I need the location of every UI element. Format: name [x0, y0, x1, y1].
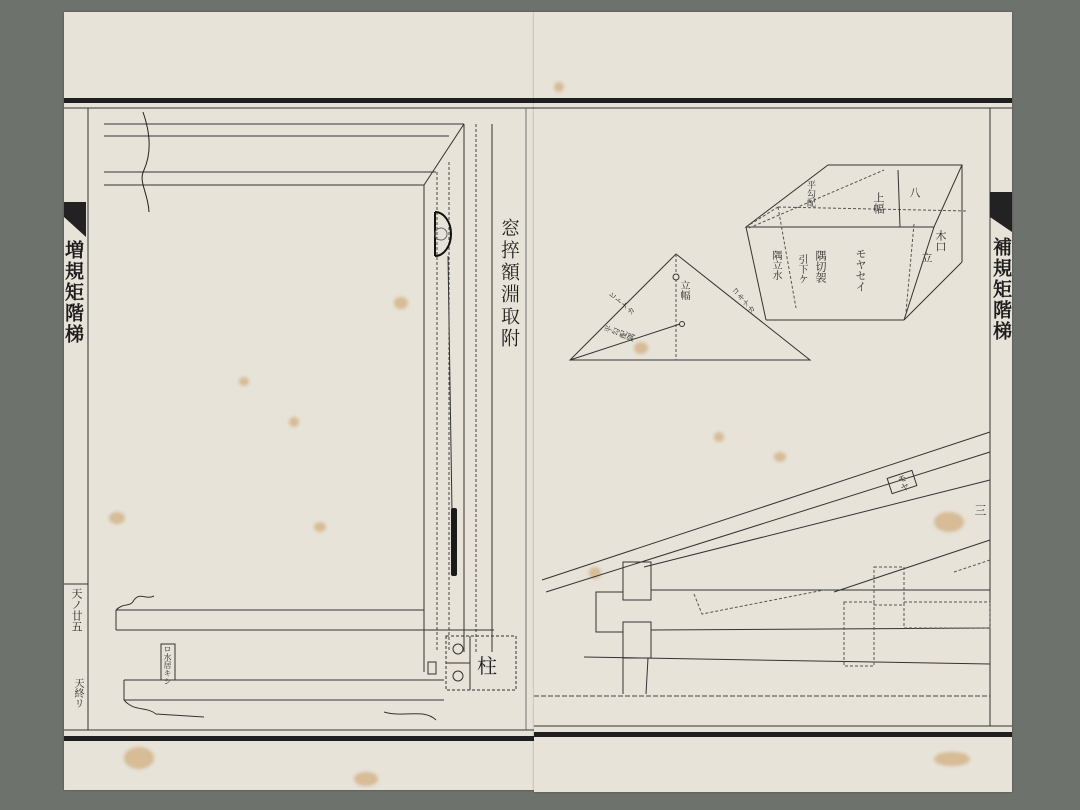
label-eight: 八	[906, 187, 922, 198]
label-triangle-center: 立幅	[676, 280, 691, 300]
label-wood-mouth: 木口	[932, 230, 948, 252]
label-moya: モヤセイ	[852, 248, 868, 292]
label-hiki: 引下ケ	[794, 254, 809, 284]
book-side-title: 補規矩階梯	[988, 237, 1015, 342]
label-corner-cut: 隅切袈	[812, 250, 828, 283]
folio-end-mark: 天終リ	[70, 678, 85, 708]
margin-mark: 三	[972, 504, 989, 516]
label-corner-post: 隅立水	[768, 250, 783, 280]
window-frame-diagram	[64, 12, 534, 790]
label-vertical: 立	[918, 252, 934, 263]
pillar-label: 柱	[477, 650, 497, 679]
diagram-title: 窓捽額淵取附	[496, 218, 523, 350]
right-page: 補規矩階梯 上幅 八 平勾配 木口 立 隅切袈 モヤセイ 引下ケ 隅立水 立幅 …	[534, 12, 1012, 792]
book-side-title: 増規矩階梯	[60, 240, 87, 345]
left-page: 増規矩階梯 窓捽額淵取附 柱 ロ水居キシ 天ノ廿五 天終リ	[64, 12, 534, 790]
roof-framing-diagram	[534, 12, 1012, 792]
sill-label: ロ水居キシ	[162, 645, 173, 685]
folio-number: 天ノ廿五	[68, 588, 84, 632]
label-top-width: 上幅	[870, 192, 886, 214]
label-top-cut: 平勾配	[804, 180, 817, 207]
